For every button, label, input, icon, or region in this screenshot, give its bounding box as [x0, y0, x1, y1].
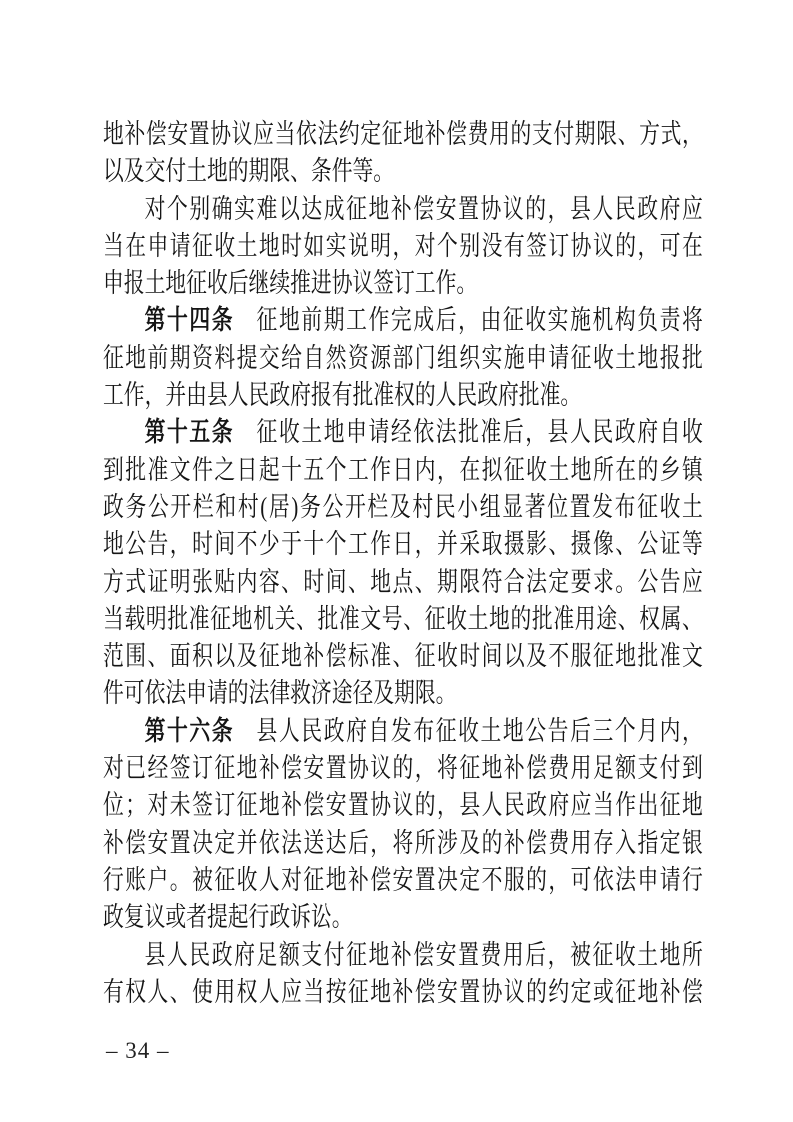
text-line: 工作，并由县人民政府报有批准权的人民政府批准。	[103, 377, 703, 414]
text-line: 补偿安置决定并依法送达后，将所涉及的补偿费用存入指定银	[103, 825, 703, 862]
text-line-article-16: 第十六条 县人民政府自发布征收土地公告后三个月内，	[103, 713, 703, 750]
text-line: 位；对未签订征地补偿安置协议的，县人民政府应当作出征地	[103, 787, 703, 824]
text-line: 当在申请征收土地时如实说明，对个别没有签订协议的，可在	[103, 228, 703, 265]
text-line: 对个别确实难以达成征地补偿安置协议的，县人民政府应	[103, 191, 703, 228]
article-15-label: 第十五条	[145, 417, 235, 447]
line-text: 征地前期工作完成后，由征收实施机构负责将	[234, 305, 703, 335]
line-text: 征收土地申请经依法批准后，县人民政府自收	[234, 417, 703, 447]
page-number: – 34 –	[106, 1037, 170, 1065]
text-line: 到批准文件之日起十五个工作日内，在拟征收土地所在的乡镇	[103, 452, 703, 489]
text-line: 征地前期资料提交给自然资源部门组织实施申请征收土地报批	[103, 340, 703, 377]
text-line: 对已经签订征地补偿安置协议的，将征地补偿费用足额支付到	[103, 750, 703, 787]
text-line-article-15: 第十五条 征收土地申请经依法批准后，县人民政府自收	[103, 414, 703, 451]
text-line: 以及交付土地的期限、条件等。	[103, 153, 703, 190]
document-body: 地补偿安置协议应当依法约定征地补偿费用的支付期限、方式， 以及交付土地的期限、条…	[103, 116, 703, 1011]
text-line: 申报土地征收后继续推进协议签订工作。	[103, 265, 703, 302]
text-line: 政务公开栏和村(居)务公开栏及村民小组显著位置发布征收土	[103, 489, 703, 526]
text-line: 件可依法申请的法律救济途径及期限。	[103, 675, 703, 712]
text-line: 地补偿安置协议应当依法约定征地补偿费用的支付期限、方式，	[103, 116, 703, 153]
document-page: 地补偿安置协议应当依法约定征地补偿费用的支付期限、方式， 以及交付土地的期限、条…	[0, 0, 793, 1122]
text-line: 当载明批准征地机关、批准文号、征收土地的批准用途、权属、	[103, 601, 703, 638]
text-line: 方式证明张贴内容、时间、地点、期限符合法定要求。公告应	[103, 564, 703, 601]
article-14-label: 第十四条	[145, 305, 235, 335]
text-line: 有权人、使用权人应当按征地补偿安置协议的约定或征地补偿	[103, 974, 703, 1011]
text-line: 范围、面积以及征地补偿标准、征收时间以及不服征地批准文	[103, 638, 703, 675]
text-line: 地公告，时间不少于十个工作日，并采取摄影、摄像、公证等	[103, 526, 703, 563]
line-text: 县人民政府自发布征收土地公告后三个月内，	[234, 716, 703, 746]
text-line: 政复议或者提起行政诉讼。	[103, 899, 703, 936]
article-16-label: 第十六条	[145, 716, 235, 746]
text-line: 行账户。被征收人对征地补偿安置决定不服的，可依法申请行	[103, 862, 703, 899]
text-line-article-14: 第十四条 征地前期工作完成后，由征收实施机构负责将	[103, 302, 703, 339]
text-line: 县人民政府足额支付征地补偿安置费用后，被征收土地所	[103, 937, 703, 974]
